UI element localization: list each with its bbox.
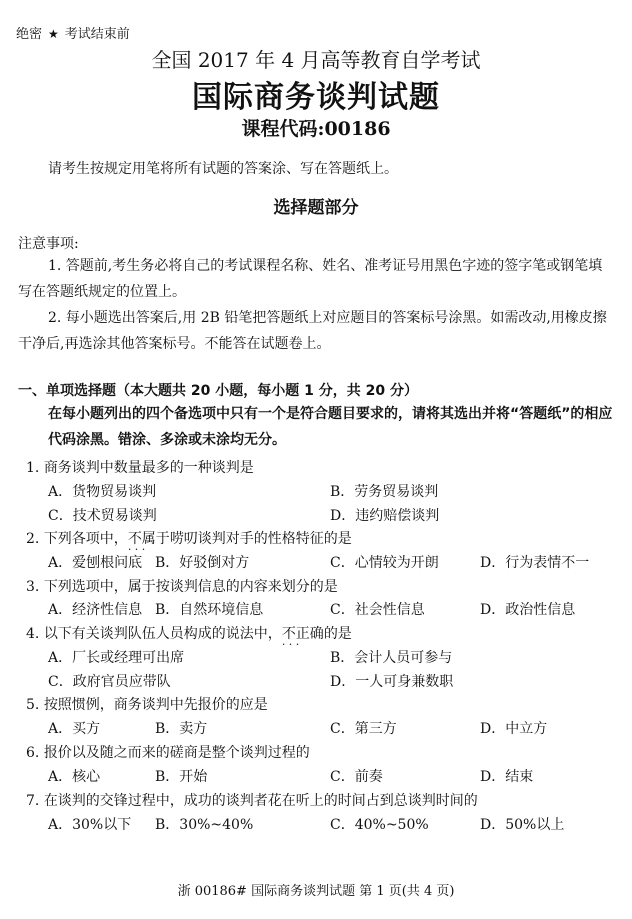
question-4: 4. 以下有关谈判队伍人员构成的说法中，不正确的是 [26, 623, 352, 643]
question-6: 6. 报价以及随之而来的磋商是整个谈判过程的 [26, 742, 310, 762]
exam-line: 全国 2017 年 4 月高等教育自学考试 [0, 44, 632, 73]
question-number: 4. [26, 626, 39, 642]
question-number: 5. [26, 697, 39, 713]
q7-option-a: A．30%以下 [48, 814, 131, 834]
question-number: 7. [26, 793, 39, 809]
q5-option-c: C．第三方 [330, 718, 397, 738]
question-stem-pre: 下列各项中， [44, 531, 128, 547]
q6-option-d: D．结束 [480, 766, 533, 786]
q4-option-c: C．政府官员应带队 [48, 671, 171, 691]
q2-option-d: D．行为表情不一 [480, 552, 589, 572]
q3-option-d: D．政治性信息 [480, 599, 575, 619]
q1-option-a: A．货物贸易谈判 [48, 481, 156, 501]
question-stem-post: 的是 [324, 626, 352, 642]
q3-option-c: C．社会性信息 [330, 599, 425, 619]
q3-option-b: B．自然环境信息 [155, 599, 263, 619]
notes-heading: 注意事项: [18, 233, 79, 253]
q6-option-a: A．核心 [48, 766, 100, 786]
q6-option-c: C．前奏 [330, 766, 383, 786]
section-title: 选择题部分 [0, 193, 632, 218]
question-3: 3. 下列选项中，属于按谈判信息的内容来划分的是 [26, 576, 338, 596]
note-item-2: 2. 每小题选出答案后,用 2B 铅笔把答题纸上对应题目的答案标号涂黑。如需改动… [18, 305, 608, 357]
star-icon: ★ [48, 27, 59, 41]
q5-option-d: D．中立方 [480, 718, 547, 738]
question-number: 2. [26, 531, 39, 547]
q1-option-b: B．劳务贸易谈判 [330, 481, 438, 501]
question-stem: 下列选项中，属于按谈判信息的内容来划分的是 [44, 579, 338, 595]
q4-option-b: B．会计人员可参与 [330, 647, 452, 667]
q4-option-d: D．一人可身兼数职 [330, 671, 453, 691]
question-stem-pre: 以下有关谈判队伍人员构成的说法中， [44, 626, 282, 642]
part-heading: 一、单项选择题（本大题共 20 小题，每小题 1 分，共 20 分） [18, 380, 418, 400]
question-1: 1. 商务谈判中数量最多的一种谈判是 [26, 457, 254, 477]
q5-option-b: B．卖方 [155, 718, 207, 738]
q7-option-b: B．30%~40% [155, 814, 253, 834]
q6-option-b: B．开始 [155, 766, 207, 786]
q7-option-d: D．50%以上 [480, 814, 564, 834]
q2-option-a: A．爱刨根问底 [48, 552, 142, 572]
question-stem-post: 唠叨谈判对手的性格特征的是 [170, 531, 352, 547]
general-instruction: 请考生按规定用笔将所有试题的答案涂、写在答题纸上。 [48, 158, 398, 178]
q5-option-a: A．买方 [48, 718, 100, 738]
page-footer: 浙 00186# 国际商务谈判试题 第 1 页(共 4 页) [0, 880, 632, 899]
q4-option-a: A．厂长或经理可出席 [48, 647, 184, 667]
q1-option-c: C．技术贸易谈判 [48, 505, 157, 525]
question-stem: 报价以及随之而来的磋商是整个谈判过程的 [44, 745, 310, 761]
emphasis-text: 不属于 [128, 531, 170, 547]
question-7: 7. 在谈判的交锋过程中，成功的谈判者花在听上的时间占到总谈判时间的 [26, 790, 478, 810]
confidential-label: 绝密★考试结束前 [16, 23, 130, 42]
q1-option-d: D．违约赔偿谈判 [330, 505, 439, 525]
q3-option-a: A．经济性信息 [48, 599, 142, 619]
emphasis-text: 不正确 [282, 626, 324, 642]
q7-option-c: C．40%~50% [330, 814, 429, 834]
q2-option-b: B．好驳倒对方 [155, 552, 249, 572]
q2-option-c: C．心情较为开朗 [330, 552, 439, 572]
question-2: 2. 下列各项中，不属于唠叨谈判对手的性格特征的是 [26, 528, 352, 548]
course-code: 课程代码:00186 [0, 114, 632, 141]
secret-text: 绝密 [16, 27, 42, 42]
question-stem: 在谈判的交锋过程中，成功的谈判者花在听上的时间占到总谈判时间的 [44, 793, 478, 809]
question-number: 6. [26, 745, 39, 761]
question-stem: 商务谈判中数量最多的一种谈判是 [44, 460, 254, 476]
question-stem: 按照惯例，商务谈判中先报价的应是 [44, 697, 268, 713]
part-description: 在每小题列出的四个备选项中只有一个是符合题目要求的，请将其选出并将“答题纸”的相… [48, 401, 618, 453]
question-5: 5. 按照惯例，商务谈判中先报价的应是 [26, 694, 268, 714]
note-item-1: 1. 答题前,考生务必将自己的考试课程名称、姓名、准考证号用黑色字迹的签字笔或钢… [18, 253, 608, 305]
question-number: 3. [26, 579, 39, 595]
secret-note: 考试结束前 [65, 27, 130, 42]
question-number: 1. [26, 460, 39, 476]
page-title: 国际商务谈判试题 [0, 72, 632, 116]
